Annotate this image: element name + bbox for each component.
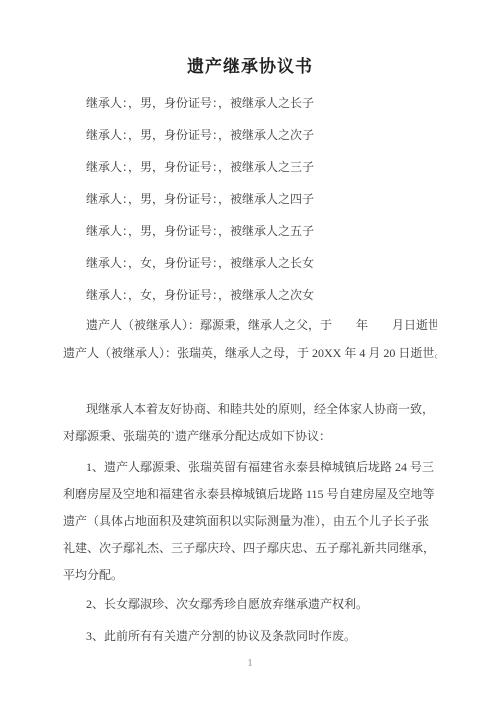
clause-2-paragraph: 2、长女鄢淑珍、次女鄢秀珍自愿放弃继承遗产权利。 xyxy=(63,591,437,618)
clause-1-line-3: 遗产（具体占地面积及建筑面积以实际测量为准），由五个儿子长子张 xyxy=(63,508,437,535)
preamble-paragraph: 现继承人本着友好协商、和睦共处的原则，经全体家人协商一致， 对鄢源秉、张瑞英的`… xyxy=(63,396,437,450)
decedent-mother-line: 遗产人（被继承人）：张瑞英，继承人之母，于 20XX 年 4 月 20 日逝世。 xyxy=(63,339,437,367)
clause-1-paragraph: 1、遗产人鄢源秉、张瑞英留有福建省永泰县樟城镇后垅路 24 号三 利磨房屋及空地… xyxy=(63,454,437,589)
heir-line-4: 继承人：，男，身份证号：，被继承人之四子 xyxy=(63,183,437,215)
clause-3-paragraph: 3、此前所有有关遗产分割的协议及条款同时作废。 xyxy=(63,623,437,650)
heir-line-3: 继承人：，男，身份证号：，被继承人之三子 xyxy=(63,151,437,183)
document-title: 遗产继承协议书 xyxy=(63,56,437,78)
heir-line-2: 继承人：，男，身份证号：，被继承人之次子 xyxy=(63,119,437,151)
preamble-line-1: 现继承人本着友好协商、和睦共处的原则，经全体家人协商一致， xyxy=(63,396,437,423)
clause-2-line: 2、长女鄢淑珍、次女鄢秀珍自愿放弃继承遗产权利。 xyxy=(63,591,437,618)
heir-line-1: 继承人：，男，身份证号：，被继承人之长子 xyxy=(63,87,437,119)
heir-line-5: 继承人：，男，身份证号：，被继承人之五子 xyxy=(63,215,437,247)
clause-1-line-5: 平均分配。 xyxy=(63,562,437,589)
decedents-paragraph: 遗产人（被继承人）：鄢源秉，继承人之父，于 年 月日逝世。 遗产人（被继承人）：… xyxy=(63,311,437,367)
clause-1-line-1: 1、遗产人鄢源秉、张瑞英留有福建省永泰县樟城镇后垅路 24 号三 xyxy=(63,454,437,481)
preamble-line-2: 对鄢源秉、张瑞英的`遗产继承分配达成如下协议： xyxy=(63,423,437,450)
heir-line-6: 继承人：，女，身份证号：，被继承人之长女 xyxy=(63,247,437,279)
clause-3-line: 3、此前所有有关遗产分割的协议及条款同时作废。 xyxy=(63,623,437,650)
clause-1-line-4: 礼建、次子鄢礼杰、三子鄢庆玲、四子鄢庆忠、五子鄢礼新共同继承， xyxy=(63,535,437,562)
document-page: 遗产继承协议书 继承人：，男，身份证号：，被继承人之长子 继承人：，男，身份证号… xyxy=(0,0,500,708)
page-number: 1 xyxy=(63,657,437,671)
heir-line-7: 继承人：，女，身份证号：，被继承人之次女 xyxy=(63,279,437,311)
clause-1-line-2: 利磨房屋及空地和福建省永泰县樟城镇后垅路 115 号自建房屋及空地等 xyxy=(63,481,437,508)
decedent-father-line: 遗产人（被继承人）：鄢源秉，继承人之父，于 年 月日逝世。 xyxy=(63,311,437,339)
heirs-list: 继承人：，男，身份证号：，被继承人之长子 继承人：，男，身份证号：，被继承人之次… xyxy=(63,87,437,311)
